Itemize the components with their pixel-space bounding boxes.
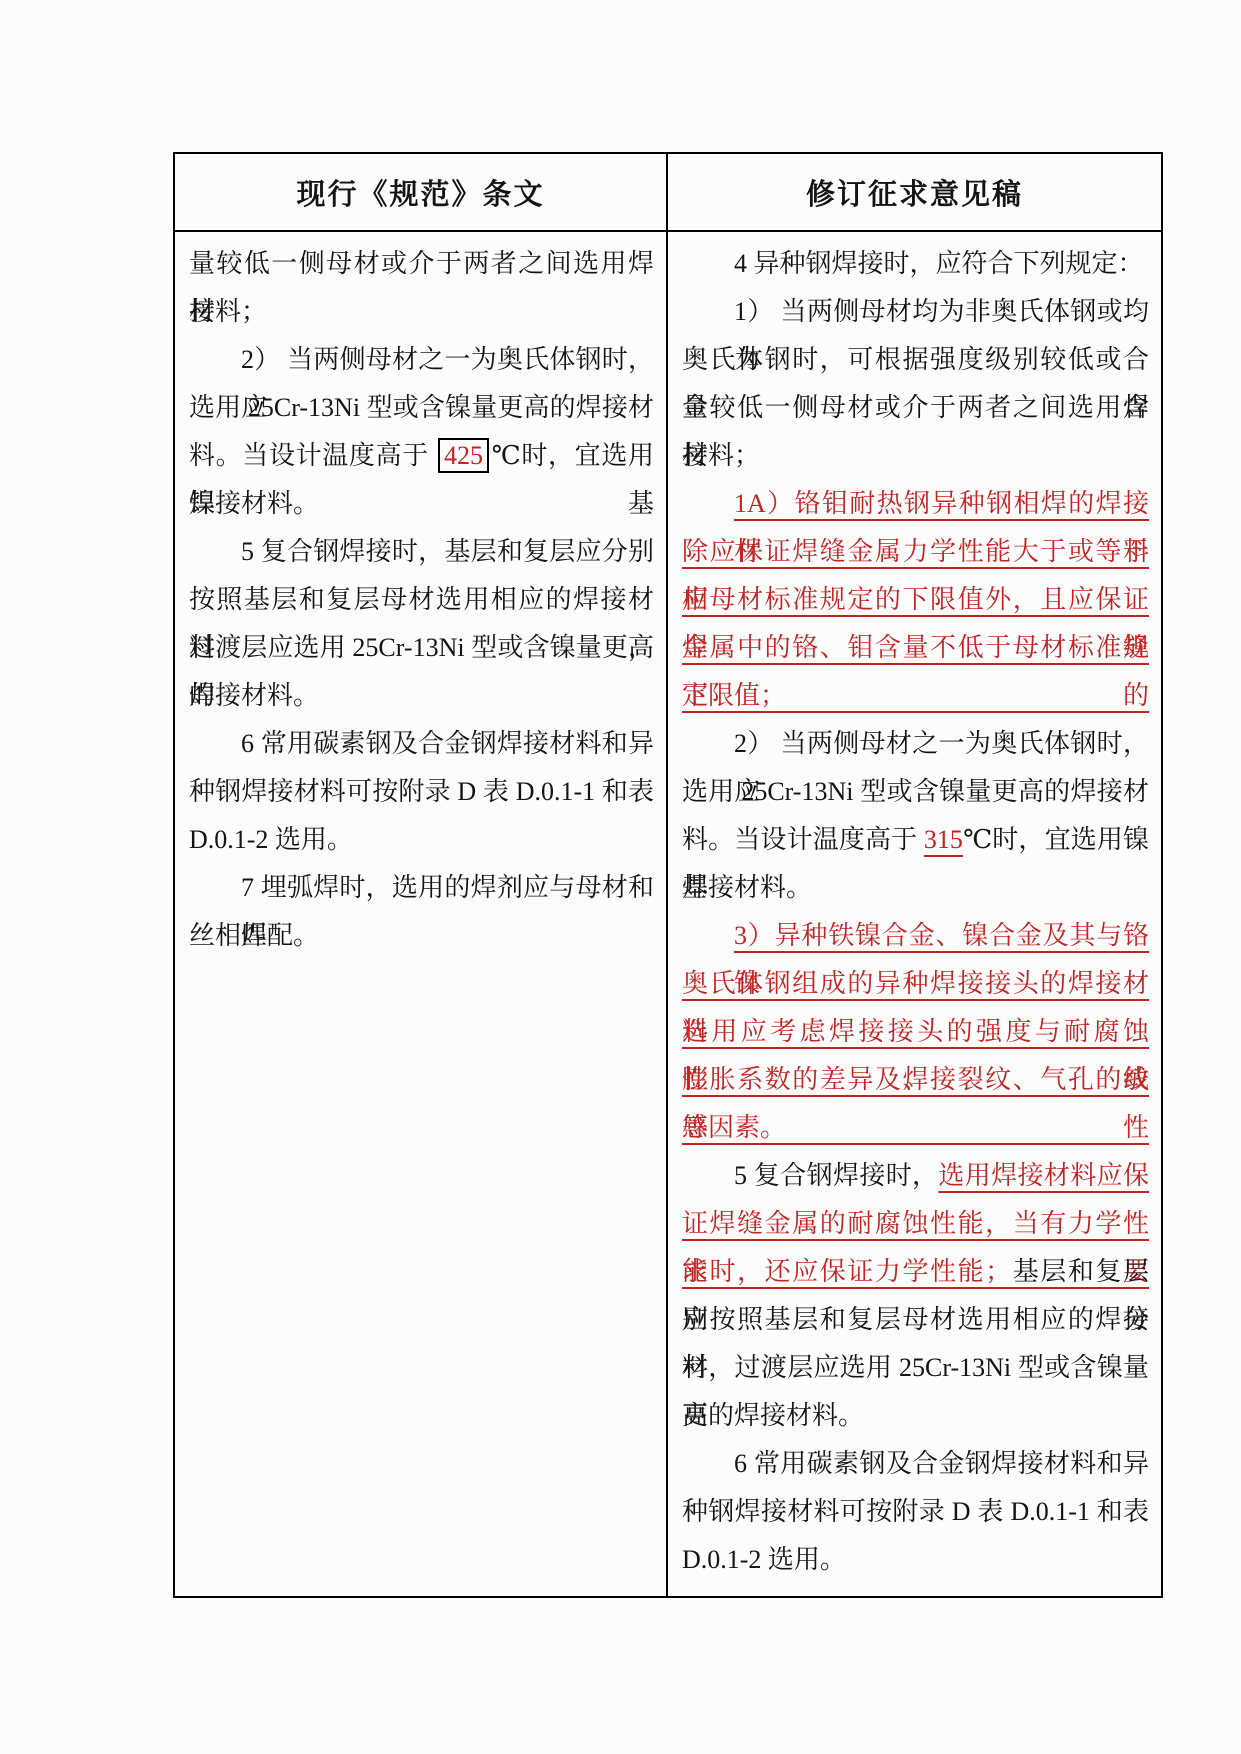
text-line: D.0.1-2 选用。 <box>682 1536 1149 1584</box>
text-segment: 5 复合钢焊接时， <box>734 1161 938 1190</box>
text-line: 量较低一侧母材或介于两者之间选用焊接 <box>189 240 654 288</box>
revision-text-segment: 求时，还应保证力学性能； <box>682 1257 1011 1286</box>
text-line: 选用应考虑焊接接头的强度与耐腐蚀性、线 <box>682 1008 1149 1056</box>
text-line: 料，过渡层应选用 25Cr-13Ni 型或含镍量更 <box>682 1344 1149 1392</box>
current-code-cell: 量较低一侧母材或介于两者之间选用焊接材料；2） 当两侧母材之一为奥氏体钢时，应选… <box>175 232 668 1596</box>
text-line: 种钢焊接材料可按附录 D 表 D.0.1-1 和表 <box>682 1488 1149 1536</box>
text-line: 种钢焊接材料可按附录 D 表 D.0.1-1 和表 <box>189 768 654 816</box>
text-line: 奥氏体钢时，可根据强度级别较低或合金含 <box>682 336 1149 384</box>
text-line: 3）异种铁镍合金、镍合金及其与铬镍 <box>682 912 1149 960</box>
comparison-table: 现行《规范》条文 修订征求意见稿 量较低一侧母材或介于两者之间选用焊接材料；2）… <box>173 152 1163 1598</box>
text-segment: 料。当设计温度高于 <box>682 825 924 854</box>
text-line: 4 异种钢焊接时，应符合下列规定： <box>682 240 1149 288</box>
text-segment: 高的焊接材料。 <box>682 1401 864 1430</box>
text-segment: 选用 25Cr-13Ni 型或含镍量更高的焊接材 <box>682 777 1149 806</box>
table-header-row: 现行《规范》条文 修订征求意见稿 <box>175 154 1161 232</box>
text-line: 选用 25Cr-13Ni 型或含镍量更高的焊接材 <box>682 768 1149 816</box>
text-segment: 丝相匹配。 <box>189 921 319 950</box>
revision-text-segment: 下限值； <box>682 681 793 710</box>
text-line: 材料； <box>189 288 654 336</box>
text-segment: 种钢焊接材料可按附录 D 表 D.0.1-1 和表 <box>682 1497 1149 1526</box>
text-line: 材料； <box>682 432 1149 480</box>
header-revised-draft: 修订征求意见稿 <box>668 154 1161 230</box>
text-segment: 4 异种钢焊接时，应符合下列规定： <box>734 249 1144 278</box>
text-line: 5 复合钢焊接时，选用焊接材料应保 <box>682 1152 1149 1200</box>
revision-text-segment: 315 <box>924 825 963 854</box>
text-line: 膨胀系数的差异及焊接裂纹、气孔的敏感性 <box>682 1056 1149 1104</box>
text-line: 焊接材料。 <box>189 672 654 720</box>
text-line: 1A）铬钼耐热钢异种钢相焊的焊接材料 <box>682 480 1149 528</box>
text-line: 金属中的铬、钼含量不低于母材标准规定的 <box>682 624 1149 672</box>
text-line: 选用 25Cr-13Ni 型或含镍量更高的焊接材 <box>189 384 654 432</box>
text-line: 料。当设计温度高于 315℃时，宜选用镍基 <box>682 816 1149 864</box>
text-segment: 焊接材料。 <box>189 489 319 518</box>
text-segment: 焊接材料。 <box>682 873 812 902</box>
revision-text-segment: 选用焊接材料应保 <box>938 1161 1149 1190</box>
text-line: 过渡层应选用 25Cr-13Ni 型或含镍量更高的 <box>189 624 654 672</box>
text-line: 料。当设计温度高于 425℃时，宜选用镍基 <box>189 432 654 480</box>
text-segment: 6 常用碳素钢及合金钢焊接材料和异 <box>241 729 654 758</box>
text-line: 1） 当两侧母材均为非奥氏体钢或均为 <box>682 288 1149 336</box>
text-segment: 选用 25Cr-13Ni 型或含镍量更高的焊接材 <box>189 393 654 422</box>
text-segment: 种钢焊接材料可按附录 D 表 D.0.1-1 和表 <box>189 777 654 806</box>
text-segment: 材料； <box>189 297 267 326</box>
text-line: 高的焊接材料。 <box>682 1392 1149 1440</box>
header-current-code: 现行《规范》条文 <box>175 154 668 230</box>
text-line: 6 常用碳素钢及合金钢焊接材料和异 <box>682 1440 1149 1488</box>
revision-text-segment: 等因素。 <box>682 1113 793 1142</box>
table-body-row: 量较低一侧母材或介于两者之间选用焊接材料；2） 当两侧母材之一为奥氏体钢时，应选… <box>175 232 1161 1596</box>
text-line: 按照基层和复层母材选用相应的焊接材料， <box>189 576 654 624</box>
text-line: 量较低一侧母材或介于两者之间选用焊接 <box>682 384 1149 432</box>
text-line: 别按照基层和复层母材选用相应的焊接材 <box>682 1296 1149 1344</box>
revised-draft-cell: 4 异种钢焊接时，应符合下列规定：1） 当两侧母材均为非奥氏体钢或均为奥氏体钢时… <box>668 232 1161 1596</box>
text-line: 应母材标准规定的下限值外，且应保证焊缝 <box>682 576 1149 624</box>
text-line: 5 复合钢焊接时，基层和复层应分别 <box>189 528 654 576</box>
text-line: 6 常用碳素钢及合金钢焊接材料和异 <box>189 720 654 768</box>
text-line: 焊接材料。 <box>682 864 1149 912</box>
document-page: 现行《规范》条文 修订征求意见稿 量较低一侧母材或介于两者之间选用焊接材料；2）… <box>0 0 1241 1754</box>
text-segment: 料。当设计温度高于 <box>189 441 436 470</box>
text-line: 证焊缝金属的耐腐蚀性能，当有力学性能要 <box>682 1200 1149 1248</box>
text-segment: D.0.1-2 选用。 <box>189 825 353 854</box>
text-line: 2） 当两侧母材之一为奥氏体钢时，应 <box>189 336 654 384</box>
text-segment: D.0.1-2 选用。 <box>682 1545 846 1574</box>
text-line: 2） 当两侧母材之一为奥氏体钢时，应 <box>682 720 1149 768</box>
text-line: 除应保证焊缝金属力学性能大于或等于相 <box>682 528 1149 576</box>
text-segment: 材料； <box>682 441 760 470</box>
text-line: 7 埋弧焊时，选用的焊剂应与母材和焊 <box>189 864 654 912</box>
text-line: 奥氏体钢组成的异种焊接接头的焊接材料 <box>682 960 1149 1008</box>
text-segment: 6 常用碳素钢及合金钢焊接材料和异 <box>734 1449 1149 1478</box>
text-line: 求时，还应保证力学性能；基层和复层应分 <box>682 1248 1149 1296</box>
text-line: 丝相匹配。 <box>189 912 654 960</box>
text-segment: 焊接材料。 <box>189 681 319 710</box>
text-line: D.0.1-2 选用。 <box>189 816 654 864</box>
boxed-revision-value: 425 <box>438 438 489 473</box>
text-segment: 5 复合钢焊接时，基层和复层应分别 <box>241 537 654 566</box>
